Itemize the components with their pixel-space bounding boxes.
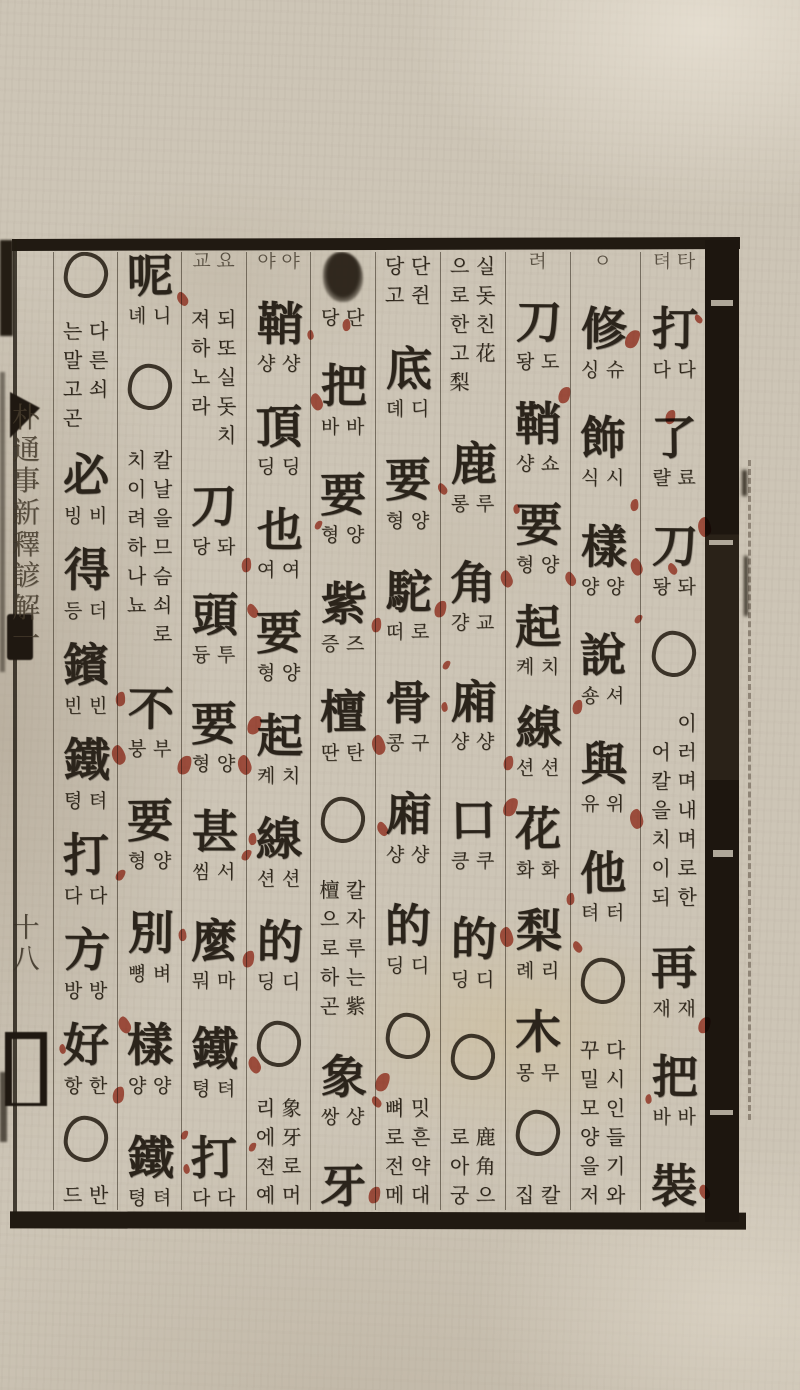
hanja-entry: 修싱슈 — [578, 305, 627, 381]
text-column-col-8: 교요져되하또노실라돗치刀당돠頭듕투要형양甚씸서麼뭐마鐵텽텨打다다 — [181, 252, 245, 1210]
hangul-gloss-pair: 빙비 — [61, 501, 110, 528]
hanja-entry: 再재재 — [650, 944, 699, 1020]
hanja-glyph: 打 — [652, 305, 698, 354]
hanja-glyph: 刀 — [652, 522, 698, 571]
hanja-glyph: 與 — [580, 740, 626, 789]
hanja-entry: 廂샹샹 — [383, 790, 432, 866]
hanja-entry: 把바바 — [318, 362, 367, 438]
hangul-gloss-pair: 듕투 — [189, 640, 238, 667]
hanja-glyph: 再 — [651, 944, 698, 993]
hanja-glyph: 甚 — [191, 808, 237, 857]
hanja-glyph: 廂 — [450, 677, 496, 726]
hanja-glyph: 花 — [514, 805, 561, 854]
hangul-gloss-pair: 샹샹 — [383, 840, 432, 867]
hangul-gloss-pair: 딴탄 — [318, 738, 367, 765]
hanja-glyph: 的 — [256, 918, 302, 967]
hanja-glyph: 起 — [514, 602, 561, 651]
hangul-gloss-pair: 싱슈 — [578, 355, 627, 382]
hanja-entry: 起켸치 — [513, 603, 562, 679]
hanja-entry: 木몽무 — [513, 1008, 562, 1084]
book-title: 朴通事新釋諺解一 — [8, 402, 44, 655]
hanja-entry: 樣양양 — [578, 523, 627, 599]
hanja-glyph: 修 — [580, 305, 626, 354]
hangul-gloss-pair: 텨터 — [578, 898, 627, 925]
hangul-annotation-block: 당단고쥔 — [382, 252, 434, 310]
hanja-entry: 刀돵도 — [513, 298, 562, 374]
hangul-annotation-block: 檀칼으자로루하는곤紫 — [317, 876, 369, 1021]
hanja-entry: 廂샹샹 — [448, 678, 497, 754]
hanja-glyph: 好 — [62, 1021, 109, 1070]
hangul-gloss-pair: 다다 — [61, 881, 110, 908]
hangul-gloss-pair: 식시 — [578, 463, 627, 490]
section-divider-circle — [383, 1011, 432, 1061]
hanja-entry: 骨콩구 — [383, 679, 432, 755]
hanja-glyph: 必 — [62, 451, 109, 500]
hangul-gloss-pair: 여여 — [254, 555, 303, 582]
hanja-glyph: 刀 — [190, 482, 237, 531]
hanja-glyph: 起 — [256, 712, 302, 761]
hanja-entry: 象쌍샹 — [318, 1053, 367, 1129]
vermillion-mark — [645, 1094, 651, 1104]
hangul-gloss-pair: 샹샹 — [254, 349, 303, 376]
edge-smudge — [744, 556, 748, 616]
hanja-glyph: 說 — [579, 631, 626, 680]
hanja-entry: 頭듕투 — [189, 591, 238, 667]
hangul-gloss-pair: 등더 — [61, 596, 110, 623]
hangul-gloss-pair: 화화 — [513, 855, 562, 882]
hanja-entry: 線션션 — [254, 815, 303, 891]
hangul-gloss-pair: 빈빈 — [61, 691, 110, 718]
hanja-entry: 頂딩딩 — [254, 403, 303, 479]
hanja-glyph: 不 — [127, 685, 173, 734]
hanja-entry: 甚씸서 — [189, 808, 238, 884]
hanja-glyph: 底 — [385, 345, 431, 394]
hanja-entry: 飾식시 — [578, 414, 627, 490]
hanja-entry: 鐵텽텨 — [61, 736, 110, 812]
column-top-fragment: 텨타 — [650, 252, 698, 273]
hangul-gloss-pair: 붕부 — [125, 734, 174, 761]
hanja-glyph: 要 — [319, 471, 366, 520]
adjacent-leaf-edge — [748, 460, 751, 1120]
edge-smudge — [742, 470, 747, 496]
hanja-glyph: 鞘 — [256, 300, 302, 349]
hanja-glyph: 把 — [320, 362, 366, 411]
section-divider-circle — [61, 1114, 110, 1164]
scanned-book-page: 朴通事新釋諺解一 十八 텨타打다다了랼료刀돵돠이어러칼며을내치며이로되한再재재把… — [0, 0, 800, 1390]
hangul-gloss-pair: 형양 — [513, 550, 562, 577]
hanja-entry: 要형양 — [318, 471, 367, 547]
hanja-entry: 底뎨디 — [383, 345, 432, 421]
hangul-gloss-pair: 켸치 — [513, 652, 562, 679]
hangul-annotation-block: 이어러칼며을내치며이로되한 — [648, 709, 700, 912]
hanja-entry: 得등더 — [61, 546, 110, 622]
hangul-gloss-pair: 텽텨 — [61, 786, 110, 813]
hanja-glyph: 頂 — [255, 403, 302, 452]
hangul-gloss-pair: 걍교 — [448, 608, 497, 635]
hanja-glyph: 牙 — [319, 1161, 366, 1210]
text-column-col-1: 텨타打다다了랼료刀돵돠이어러칼며을내치며이로되한再재재把바바裝 — [640, 252, 707, 1210]
hanja-entry: 梨례리 — [513, 907, 562, 983]
hangul-gloss-pair: 유위 — [578, 789, 627, 816]
column-top-fragment: 교요 — [190, 252, 238, 273]
hanja-glyph: 的 — [384, 901, 431, 950]
hanja-entry: 必빙비 — [61, 451, 110, 527]
hangul-gloss-pair: 다다 — [189, 1183, 238, 1210]
hangul-annotation-block: 리象에牙젼로예머 — [253, 1094, 305, 1210]
hangul-gloss-pair: 션션 — [254, 864, 303, 891]
hanja-glyph: 打 — [190, 1133, 237, 1182]
hanja-glyph: 鐵 — [191, 1025, 237, 1074]
hanja-entry: 牙 — [320, 1162, 366, 1210]
hanja-glyph: 紫 — [320, 580, 366, 629]
hangul-annotation-block: 뼈밋로흔전약메대 — [382, 1094, 434, 1210]
hanja-entry: 裝 — [651, 1162, 697, 1210]
hangul-gloss-pair: 례리 — [513, 956, 562, 983]
hangul-gloss-pair: 텽텨 — [189, 1074, 238, 1101]
vermillion-mark — [178, 929, 186, 942]
hanja-glyph: 飾 — [579, 414, 626, 463]
hanja-entry: 鑌빈빈 — [61, 641, 110, 717]
hanja-glyph: 梨 — [515, 907, 561, 956]
hangul-gloss-pair: 딩딩 — [254, 452, 303, 479]
hangul-gloss-pair: 샹샹 — [448, 727, 497, 754]
hanja-entry: 也여여 — [254, 506, 303, 582]
section-divider-circle — [125, 362, 174, 412]
frame-bottom-border — [10, 1211, 746, 1229]
vermillion-mark — [513, 504, 520, 514]
hangul-gloss-pair: 뭐마 — [189, 966, 238, 993]
hanja-entry: 的딩디 — [448, 915, 497, 991]
column-top-fragment: 야야 — [255, 252, 303, 273]
hangul-annotation-block: 는다말른고쇠곤 — [60, 317, 112, 433]
hangul-gloss-pair: 킁쿠 — [448, 846, 497, 873]
section-divider-circle — [513, 1108, 562, 1158]
ink-damaged-glyph — [323, 252, 363, 302]
hangul-gloss-pair: 형양 — [254, 658, 303, 685]
hangul-gloss-pair: 녜니 — [125, 301, 174, 328]
hanja-entry: 樣양양 — [125, 1021, 174, 1097]
section-divider-circle — [61, 252, 110, 300]
page-number: 十八 — [8, 914, 44, 975]
hangul-gloss-pair: 딩디 — [448, 965, 497, 992]
hanja-glyph: 檀 — [319, 688, 366, 737]
hanja-glyph: 的 — [450, 915, 496, 964]
hanja-entry: 角걍교 — [448, 559, 497, 635]
hanja-entry: 鞘샹쇼 — [513, 400, 562, 476]
vermillion-mark — [249, 833, 257, 845]
hanja-entry: 與유위 — [578, 740, 627, 816]
hangul-gloss-pair: 콩구 — [383, 728, 432, 755]
hanja-entry: 要형양 — [125, 797, 174, 873]
hanja-entry: 刀당돠 — [189, 482, 238, 558]
hanja-glyph: 他 — [579, 849, 626, 898]
hangul-gloss-pair: 바바 — [650, 1102, 699, 1129]
hangul-annotation-block: 치칼이날려을하므나슴뇨쇠로 — [124, 446, 176, 649]
hanja-entry: 麼뭐마 — [189, 917, 238, 993]
hanja-glyph: 也 — [256, 506, 302, 555]
hanja-entry: 他텨터 — [578, 849, 627, 925]
hanja-entry: 好항한 — [61, 1021, 110, 1097]
fold-streak — [0, 372, 5, 672]
hangul-gloss-pair: 션션 — [513, 753, 562, 780]
hanja-entry: 檀딴탄 — [318, 688, 367, 764]
hangul-gloss-pair: 롱루 — [448, 489, 497, 516]
hanja-glyph: 駝 — [385, 567, 431, 616]
text-block: 텨타打다다了랼료刀돵돠이어러칼며을내치며이로되한再재재把바바裝ㅇ修싱슈飾식시樣양… — [50, 252, 706, 1210]
hanja-glyph: 鐵 — [63, 736, 109, 785]
vermillion-mark — [441, 702, 448, 712]
hanja-glyph: 線 — [515, 704, 561, 753]
hanja-entry: 紫증즈 — [318, 580, 367, 656]
vermillion-mark — [342, 319, 350, 332]
section-divider-circle — [448, 1032, 497, 1082]
hanja-entry: 打다다 — [650, 305, 699, 381]
hanja-glyph: 得 — [63, 546, 109, 595]
hangul-gloss-pair: 샹쇼 — [513, 449, 562, 476]
hangul-annotation-block: 집칼 — [512, 1181, 564, 1210]
hanja-glyph: 打 — [62, 831, 109, 880]
hangul-annotation-block: 으실로돗한친고花梨 — [447, 252, 499, 397]
hanja-entry: 把바바 — [650, 1053, 699, 1129]
hangul-gloss-pair: 딩디 — [383, 951, 432, 978]
hanja-entry: 呢녜니 — [125, 252, 174, 328]
hanja-glyph: 骨 — [384, 679, 431, 728]
hanja-glyph: 要 — [255, 609, 302, 658]
hanja-entry: 鐵텽텨 — [125, 1134, 174, 1210]
damaged-glyph-entry: 당단 — [318, 252, 367, 330]
hanja-entry: 要형양 — [254, 609, 303, 685]
hanja-glyph: 樣 — [126, 1021, 173, 1070]
hanja-glyph: 要 — [384, 456, 431, 505]
hanja-entry: 駝떠로 — [383, 568, 432, 644]
hanja-entry: 要형양 — [513, 501, 562, 577]
text-column-col-4: 으실로돗한친고花梨鹿롱루角걍교廂샹샹口킁쿠的딩디로鹿아角궁으 — [440, 252, 504, 1210]
hanja-entry: 刀돵돠 — [650, 522, 699, 598]
hanja-glyph: 刀 — [515, 298, 561, 347]
hanja-entry: 口킁쿠 — [448, 796, 497, 872]
frame-right-border — [705, 240, 739, 1222]
hanja-glyph: 鑌 — [62, 641, 109, 690]
hangul-annotation-block: 져되하또노실라돗치 — [188, 305, 240, 450]
hangul-gloss-pair: 쌍샹 — [318, 1102, 367, 1129]
page-margin: 朴通事新釋諺解一 十八 — [14, 252, 50, 1210]
column-top-fragment: 려 — [526, 252, 550, 273]
hangul-gloss-pair: 뎨디 — [383, 394, 432, 421]
hangul-gloss-pair: 형양 — [125, 846, 174, 873]
hanja-glyph: 頭 — [191, 591, 237, 640]
hanja-glyph: 要 — [126, 797, 173, 846]
hanja-entry: 要형양 — [189, 700, 238, 776]
hangul-gloss-pair: 다다 — [650, 355, 699, 382]
hanja-entry: 說숑셔 — [578, 631, 627, 707]
frame-top-border — [12, 237, 740, 251]
hangul-gloss-pair: 재재 — [650, 994, 699, 1021]
text-column-col-9: 呢녜니치칼이날려을하므나슴뇨쇠로不붕부要형양別뼝벼樣양양鐵텽텨 — [117, 252, 181, 1210]
hanja-glyph: 鞘 — [514, 399, 561, 448]
hanja-glyph: 裝 — [651, 1161, 698, 1210]
hangul-gloss-pair: 몽무 — [513, 1058, 562, 1085]
hangul-gloss-pair: 딩디 — [254, 967, 303, 994]
hanja-glyph: 別 — [127, 909, 173, 958]
hanja-glyph: 鐵 — [127, 1133, 173, 1182]
hangul-gloss-pair: 텽텨 — [125, 1183, 174, 1210]
hangul-gloss-pair: 증즈 — [318, 629, 367, 656]
hanja-glyph: 樣 — [580, 523, 626, 572]
hangul-gloss-pair: 돵도 — [513, 347, 562, 374]
hangul-gloss-pair: 뼝벼 — [125, 959, 174, 986]
hangul-gloss-pair: 랼료 — [650, 463, 699, 490]
hangul-gloss-pair: 돵돠 — [650, 572, 699, 599]
hanja-entry: 方방방 — [61, 926, 110, 1002]
hanja-glyph: 鹿 — [450, 439, 496, 488]
section-divider-circle — [650, 629, 699, 679]
hanja-glyph: 要 — [515, 501, 561, 550]
hangul-annotation-block: 꾸다밀시모인양들을기저와 — [577, 1036, 629, 1210]
hanja-glyph: 木 — [514, 1008, 561, 1057]
hanja-entry: 了랼료 — [650, 414, 699, 490]
hanja-entry: 鹿롱루 — [448, 440, 497, 516]
hanja-entry: 鞘샹샹 — [254, 300, 303, 376]
binding-tab — [5, 1032, 47, 1106]
text-column-col-5: 당단고쥔底뎨디要형양駝떠로骨콩구廂샹샹的딩디뼈밋로흔전약메대 — [375, 252, 439, 1210]
hanja-glyph: 口 — [449, 796, 496, 845]
hanja-glyph: 角 — [449, 558, 496, 607]
section-divider-circle — [318, 795, 367, 845]
hanja-entry: 打다다 — [189, 1134, 238, 1210]
hangul-gloss-pair: 떠로 — [383, 617, 432, 644]
section-divider-circle — [578, 955, 627, 1005]
hangul-gloss-pair: 형양 — [383, 506, 432, 533]
hanja-glyph: 麼 — [190, 916, 237, 965]
text-column-col-10: 는다말른고쇠곤必빙비得등더鑌빈빈鐵텽텨打다다方방방好항한드반 — [53, 252, 117, 1210]
text-column-col-2: ㅇ修싱슈飾식시樣양양說숑셔與유위他텨터꾸다밀시모인양들을기저와 — [570, 252, 634, 1210]
hangul-annotation-block: 드반 — [60, 1181, 112, 1210]
hanja-entry: 花화화 — [513, 805, 562, 881]
hangul-gloss-pair: 켸치 — [254, 761, 303, 788]
fold-streak — [0, 240, 13, 336]
hanja-entry: 的딩디 — [254, 918, 303, 994]
hangul-gloss-pair: 항한 — [61, 1071, 110, 1098]
section-divider-circle — [254, 1019, 303, 1069]
hangul-annotation-block: 로鹿아角궁으 — [447, 1123, 499, 1210]
hangul-gloss-pair: 당돠 — [189, 532, 238, 559]
hangul-gloss-pair: 양양 — [125, 1071, 174, 1098]
hangul-gloss-pair: 방방 — [61, 976, 110, 1003]
hanja-entry: 要형양 — [383, 456, 432, 532]
hanja-entry: 鐵텽텨 — [189, 1025, 238, 1101]
hanja-glyph: 廂 — [385, 790, 431, 839]
hanja-entry: 不붕부 — [125, 685, 174, 761]
hanja-glyph: 象 — [320, 1053, 366, 1102]
hanja-glyph: 線 — [255, 815, 302, 864]
hanja-glyph: 方 — [63, 926, 109, 975]
hanja-glyph: 呢 — [126, 252, 173, 301]
hangul-gloss-pair: 형양 — [189, 749, 238, 776]
hanja-entry: 別뼝벼 — [125, 909, 174, 985]
hangul-gloss-pair: 바바 — [318, 412, 367, 439]
hanja-glyph: 要 — [190, 699, 237, 748]
hangul-gloss-pair: 양양 — [578, 572, 627, 599]
column-top-fragment: ㅇ — [591, 252, 615, 273]
hangul-gloss-pair: 씸서 — [189, 857, 238, 884]
hanja-glyph: 把 — [652, 1053, 698, 1102]
hanja-entry: 打다다 — [61, 831, 110, 907]
hanja-entry: 的딩디 — [383, 902, 432, 978]
hangul-gloss-pair: 형양 — [318, 520, 367, 547]
hangul-gloss-pair: 숑셔 — [578, 681, 627, 708]
hanja-entry: 線션션 — [513, 704, 562, 780]
